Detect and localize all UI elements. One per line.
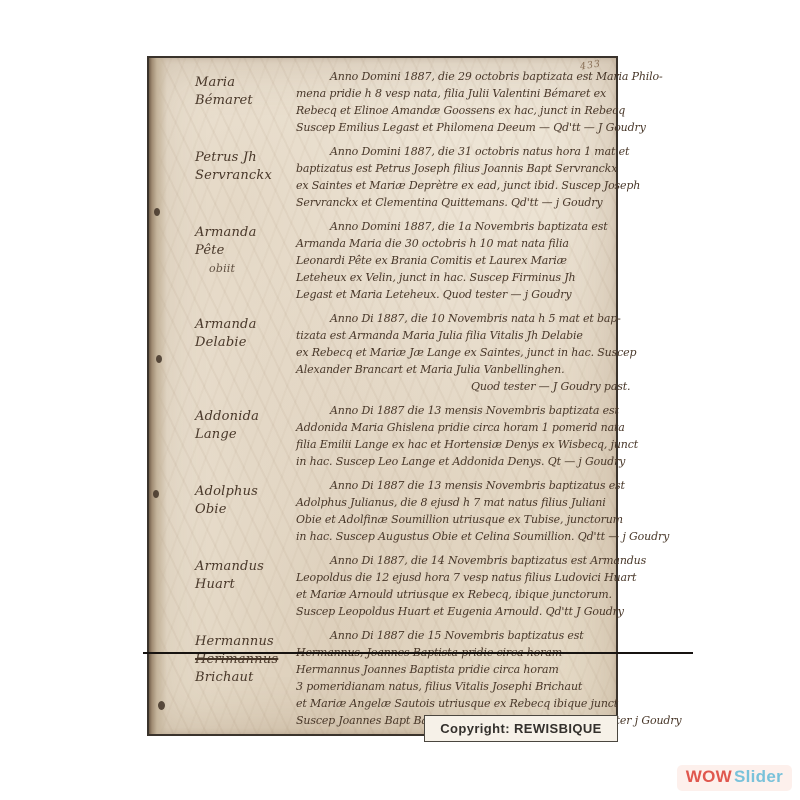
entry-margin-name: Brichaut — [195, 669, 296, 687]
entry-body-line: Leonardi Pête ex Brania Comitis et Laure… — [296, 252, 614, 269]
entry-margin-name: Lange — [195, 426, 296, 444]
register-entry: AdolphusObieAnno Di 1887 die 13 mensis N… — [195, 477, 614, 545]
binding-edge — [149, 58, 167, 734]
entry-body-line: Rebecq et Elinoe Amandæ Goossens ex hac,… — [296, 102, 663, 119]
entry-margin-name: Servranckx — [195, 167, 296, 185]
entry-margin-name: Bémaret — [195, 92, 296, 110]
entry-body-line: Armanda Maria die 30 octobris h 10 mat n… — [296, 235, 614, 252]
entry-margin-name: Armanda — [195, 224, 296, 242]
entry-margin-name: Pête — [195, 242, 296, 260]
entry-margin: MariaBémaret — [195, 68, 296, 136]
register-entry: ArmandaDelabieAnno Di 1887, die 10 Novem… — [195, 310, 614, 395]
entry-body: Anno Di 1887 die 13 mensis Novembris bap… — [296, 402, 638, 470]
entry-margin-name: Addonida — [195, 408, 296, 426]
entry-body-line: Quod tester — J Goudry past. — [296, 378, 636, 395]
entry-body-line: Adolphus Julianus, die 8 ejusd h 7 mat n… — [296, 494, 669, 511]
entry-body-line: ex Saintes et Mariæ Deprètre ex ead, jun… — [296, 177, 640, 194]
entry-margin-name: Delabie — [195, 334, 296, 352]
entry-body-line: 3 pomeridianam natus, filius Vitalis Jos… — [296, 678, 681, 695]
entry-body-line: Anno Di 1887 die 15 Novembris baptizatus… — [296, 627, 681, 644]
entry-body-line: Obie et Adolfinæ Soumillion utriusque ex… — [296, 511, 669, 528]
entry-margin: ArmandusHuart — [195, 552, 296, 620]
entry-body-line: Addonida Maria Ghislena pridie circa hor… — [296, 419, 638, 436]
entry-margin: Petrus JhServranckx — [195, 143, 296, 211]
entry-body-line: Suscep Emilius Legast et Philomena Deeum… — [296, 119, 663, 136]
entry-body: Anno Domini 1887, die 29 octobris baptiz… — [296, 68, 663, 136]
entry-body: Anno Di 1887, die 14 Novembris baptizatu… — [296, 552, 646, 620]
entry-margin: ArmandaPêteobiit — [195, 218, 296, 303]
entry-body-line: Anno Domini 1887, die 29 octobris baptiz… — [296, 68, 663, 85]
entry-margin: HermannusHerimannusBrichaut — [195, 627, 296, 729]
entry-body-line: Hermannus Joannes Baptista pridie circa … — [296, 661, 681, 678]
entry-body-line: Anno Di 1887, die 14 Novembris baptizatu… — [296, 552, 646, 569]
entry-margin-name: Maria — [195, 74, 296, 92]
register-entry: AddonidaLangeAnno Di 1887 die 13 mensis … — [195, 402, 614, 470]
binding-spot — [158, 701, 165, 710]
binding-spot — [156, 355, 162, 363]
register-entry: ArmandusHuartAnno Di 1887, die 14 Novemb… — [195, 552, 614, 620]
entry-margin-name: Hermannus — [195, 633, 296, 651]
entry-margin-name: Adolphus — [195, 483, 296, 501]
entry-body: Anno Domini 1887, die 1a Novembris bapti… — [296, 218, 614, 303]
entry-body-line: ex Rebecq et Mariæ Jæ Lange ex Saintes, … — [296, 344, 636, 361]
entry-body-line: et Mariæ Angelæ Sautois utriusque ex Reb… — [296, 695, 681, 712]
entry-body-line: Suscep Leopoldus Huart et Eugenia Arnoul… — [296, 603, 646, 620]
register-entry: Petrus JhServranckxAnno Domini 1887, die… — [195, 143, 614, 211]
binding-spot — [154, 208, 160, 216]
document-scan: 433 MariaBémaretAnno Domini 1887, die 29… — [147, 56, 618, 736]
entry-margin: AdolphusObie — [195, 477, 296, 545]
entry-body: Anno Di 1887, die 10 Novembris nata h 5 … — [296, 310, 636, 395]
entry-margin-name: Armandus — [195, 558, 296, 576]
entry-body-line: in hac. Suscep Augustus Obie et Celina S… — [296, 528, 669, 545]
wowslider-slider-text: Slider — [734, 767, 783, 786]
entry-body-line: Legast et Maria Leteheux. Quod tester — … — [296, 286, 614, 303]
entry-margin-name: Obie — [195, 501, 296, 519]
entry-body: Anno Di 1887 die 13 mensis Novembris bap… — [296, 477, 669, 545]
copyright-badge: Copyright: REWISBIQUE — [424, 715, 618, 742]
entries: MariaBémaretAnno Domini 1887, die 29 oct… — [195, 68, 614, 736]
entry-margin-name: Petrus Jh — [195, 149, 296, 167]
entry-body-line: Anno Di 1887 die 13 mensis Novembris bap… — [296, 477, 669, 494]
wowslider-watermark[interactable]: WOWSlider — [677, 765, 792, 791]
entry-body: Anno Domini 1887, die 31 octobris natus … — [296, 143, 640, 211]
entry-body-line: tizata est Armanda Maria Julia filia Vit… — [296, 327, 636, 344]
register-entry: MariaBémaretAnno Domini 1887, die 29 oct… — [195, 68, 614, 136]
entry-margin: AddonidaLange — [195, 402, 296, 470]
entry-margin-name: Huart — [195, 576, 296, 594]
entry-body-line: Anno Di 1887 die 13 mensis Novembris bap… — [296, 402, 638, 419]
entry-body-line: Anno Domini 1887, die 1a Novembris bapti… — [296, 218, 614, 235]
entry-body: Anno Di 1887 die 15 Novembris baptizatus… — [296, 627, 681, 729]
register-entry: HermannusHerimannusBrichautAnno Di 1887 … — [195, 627, 614, 729]
binding-spot — [153, 490, 159, 498]
entry-body-line: in hac. Suscep Leo Lange et Addonida Den… — [296, 453, 638, 470]
entry-body-line: baptizatus est Petrus Joseph filius Joan… — [296, 160, 640, 177]
entry-body-line: mena pridie h 8 vesp nata, filia Julii V… — [296, 85, 663, 102]
entry-body-line: et Mariæ Arnould utriusque ex Rebecq, ib… — [296, 586, 646, 603]
entry-body-line: Anno Domini 1887, die 31 octobris natus … — [296, 143, 640, 160]
entry-body-line-struck: Hermannus, Joannes Baptista pridie circa… — [296, 644, 681, 661]
wowslider-wow-text: WOW — [686, 767, 732, 786]
entry-body-line: Servranckx et Clementina Quittemans. Qd'… — [296, 194, 640, 211]
entry-body-line: filia Emilii Lange ex hac et Hortensiæ D… — [296, 436, 638, 453]
entry-body-line: Anno Di 1887, die 10 Novembris nata h 5 … — [296, 310, 636, 327]
entry-margin-name: Armanda — [195, 316, 296, 334]
entry-margin-name: obiit — [195, 260, 296, 278]
entry-margin: ArmandaDelabie — [195, 310, 296, 395]
register-entry: ArmandaPêteobiitAnno Domini 1887, die 1a… — [195, 218, 614, 303]
entry-body-line: Alexander Brancart et Maria Julia Vanbel… — [296, 361, 636, 378]
copyright-label: Copyright: REWISBIQUE — [440, 721, 602, 736]
entry-body-line: Leteheux ex Velin, junct in hac. Suscep … — [296, 269, 614, 286]
entry-body-line: Leopoldus die 12 ejusd hora 7 vesp natus… — [296, 569, 646, 586]
